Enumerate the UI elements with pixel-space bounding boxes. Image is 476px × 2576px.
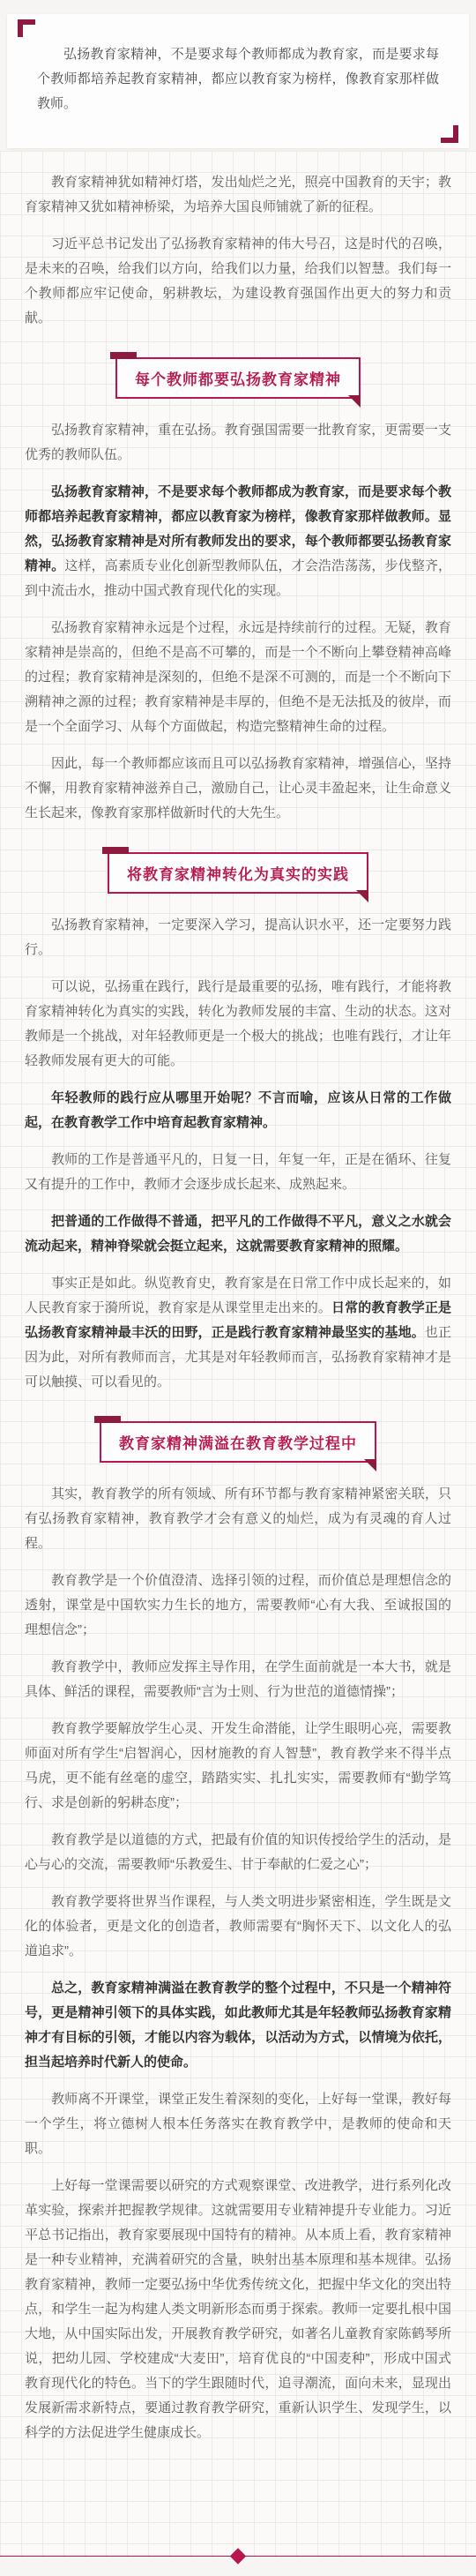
text-run: 可以说，弘扬重在践行，践行是最重要的弘扬，唯有践行，才能将教育家精神转化为真实的…: [25, 979, 451, 1068]
paragraph: 教师离不开课堂，课堂正发生着深刻的变化，上好每一堂课，教好每一个学生，将立德树人…: [25, 2087, 451, 2161]
text-run: 教育教学要解放学生心灵、开发生命潜能，让学生眼明心亮，需要教师面对所有学生“启智…: [25, 1721, 451, 1810]
bold-text-run: 总之，教育家精神满溢在教育教学的整个过程中，不只是一个精神符号，更是精神引领下的…: [25, 1981, 451, 2070]
paragraph: 弘扬教育家精神，不是要求每个教师都成为教育家，而是要求每个教师都培养起教育家精神…: [25, 480, 451, 603]
bold-text-run: 年轻教师的践行应从哪里开始呢？不言而喻，应该从日常的工作做起，在教育教学工作中培…: [25, 1090, 451, 1130]
section-3-title: 教育家精神满溢在教育教学过程中: [119, 1431, 357, 1453]
paragraph: 弘扬教育家精神永远是个过程，永远是持续前行的过程。无疑，教育家精神是崇高的，但绝…: [25, 616, 451, 739]
article-footer: [0, 2556, 476, 2576]
text-run: 其实，教育教学的所有领域、所有环节都与教育家精神紧密关联，只有弘扬教育家精神，教…: [25, 1486, 451, 1551]
paragraph: 年轻教师的践行应从哪里开始呢？不言而喻，应该从日常的工作做起，在教育教学工作中培…: [25, 1086, 451, 1135]
header-fold-corner-icon: [356, 890, 368, 902]
corner-bracket-bottom-right-icon: [441, 125, 458, 143]
paragraph: 可以说，弘扬重在践行，践行是最重要的弘扬，唯有践行，才能将教育家精神转化为真实的…: [25, 975, 451, 1074]
quote-section: 弘扬教育家精神，不是要求每个教师都成为教育家，而是要求每个教师都培养起教育家精神…: [0, 0, 476, 151]
paragraph: 弘扬教育家精神，重在弘扬。教育强国需要一批教育家，更需要一支优秀的教师队伍。: [25, 418, 451, 468]
text-run: 上好每一堂课需要以研究的方式观察课堂、改进教学，进行系列化改革实验，探索并把握教…: [25, 2178, 451, 2440]
paragraph: 教育教学要将世界当作课程，与人类文明进步紧密相连，学生既是文化的体验者，更是文化…: [25, 1890, 451, 1964]
paragraph: 上好每一堂课需要以研究的方式观察课堂、改进教学，进行系列化改革实验，探索并把握教…: [25, 2174, 451, 2445]
paragraph: 把普通的工作做得不普通，把平凡的工作做得不平凡，意义之水就会流动起来，精神脊梁就…: [25, 1209, 451, 1259]
text-run: 这样，高素质专业化创新型教师队伍，才会浩浩荡荡，步伐整齐，到中流击水，推动中国式…: [25, 558, 451, 598]
header-fold-corner-icon: [364, 1459, 376, 1471]
text-run: 教育教学中，教师应发挥主导作用，在学生面前就是一本大书，就是具体、鲜活的课程，需…: [25, 1659, 451, 1699]
text-run: 教育教学要将世界当作课程，与人类文明进步紧密相连，学生既是文化的体验者，更是文化…: [25, 1894, 451, 1958]
section-1-header: 每个教师都要弘扬教育家精神: [115, 357, 361, 399]
paragraph: 教师的工作是普通平凡的，日复一日，年复一年，正是在循环、往复又有提升的工作中，教…: [25, 1148, 451, 1197]
paragraph: 习近平总书记发出了弘扬教育家精神的伟大号召，这是时代的召唤，是未来的召唤，给我们…: [25, 232, 451, 331]
text-run: 教师的工作是普通平凡的，日复一日，年复一年，正是在循环、往复又有提升的工作中，教…: [25, 1152, 451, 1192]
paragraph: 总之，教育家精神满溢在教育教学的整个过程中，不只是一个精神符号，更是精神引领下的…: [25, 1976, 451, 2075]
paragraph: 弘扬教育家精神，一定要深入学习，提高认识水平，还一定要努力践行。: [25, 913, 451, 962]
paragraph: 教育教学是以道德的方式，把最有价值的知识传授给学生的活动，是心与心的交流，需要教…: [25, 1828, 451, 1877]
paragraph: 教育家精神犹如精神灯塔，发出灿烂之光，照亮中国教育的天宇；教育家精神又犹如精神桥…: [25, 170, 451, 220]
paragraph: 教育教学中，教师应发挥主导作用，在学生面前就是一本大书，就是具体、鲜活的课程，需…: [25, 1655, 451, 1704]
section-2-title: 将教育家精神转化为真实的实践: [127, 862, 349, 884]
quote-card: 弘扬教育家精神，不是要求每个教师都成为教育家，而是要求每个教师都培养起教育家精神…: [7, 14, 469, 148]
header-tab-decoration: [110, 352, 137, 359]
paragraph: 事实正是如此。纵览教育史，教育家是在日常工作中成长起来的，如人民教育家于漪所说，…: [25, 1271, 451, 1395]
section-2: 将教育家精神转化为真实的实践 弘扬教育家精神，一定要深入学习，提高认识水平，还一…: [25, 852, 451, 1395]
section-1-title: 每个教师都要弘扬教育家精神: [135, 367, 341, 389]
section-3-body: 其实，教育教学的所有领域、所有环节都与教育家精神紧密关联，只有弘扬教育家精神，教…: [25, 1482, 451, 2445]
text-run: 因此，每一个教师都应该而且可以弘扬教育家精神，增强信心，坚持不懈，用教育家精神滋…: [25, 756, 451, 820]
paragraph: 其实，教育教学的所有领域、所有环节都与教育家精神紧密关联，只有弘扬教育家精神，教…: [25, 1482, 451, 1556]
text-run: 教育教学是以道德的方式，把最有价值的知识传授给学生的活动，是心与心的交流，需要教…: [25, 1832, 451, 1872]
text-run: 弘扬教育家精神，一定要深入学习，提高认识水平，还一定要努力践行。: [25, 917, 451, 957]
article-page: 弘扬教育家精神，不是要求每个教师都成为教育家，而是要求每个教师都培养起教育家精神…: [0, 0, 476, 2576]
paragraph: 教育教学是一个价值澄清、选择引领的过程，而价值总是理想信念的透射，课堂是中国软实…: [25, 1569, 451, 1643]
paragraph: 因此，每一个教师都应该而且可以弘扬教育家精神，增强信心，坚持不懈，用教育家精神滋…: [25, 752, 451, 826]
header-fold-corner-icon: [348, 395, 361, 408]
section-2-body: 弘扬教育家精神，一定要深入学习，提高认识水平，还一定要努力践行。可以说，弘扬重在…: [25, 913, 451, 1395]
footer-divider: [0, 2556, 476, 2557]
section-1-body: 弘扬教育家精神，重在弘扬。教育强国需要一批教育家，更需要一支优秀的教师队伍。弘扬…: [25, 418, 451, 826]
corner-bracket-top-left-icon: [18, 19, 35, 37]
text-run: 教师离不开课堂，课堂正发生着深刻的变化，上好每一堂课，教好每一个学生，将立德树人…: [25, 2092, 451, 2156]
header-tab-decoration: [102, 847, 129, 854]
text-run: 弘扬教育家精神，重在弘扬。教育强国需要一批教育家，更需要一支优秀的教师队伍。: [25, 423, 451, 462]
text-run: 教育家精神犹如精神灯塔，发出灿烂之光，照亮中国教育的天宇；教育家精神又犹如精神桥…: [25, 175, 451, 214]
article-body: 教育家精神犹如精神灯塔，发出灿烂之光，照亮中国教育的天宇；教育家精神又犹如精神桥…: [0, 151, 476, 2556]
section-3-header: 教育家精神满溢在教育教学过程中: [100, 1421, 376, 1463]
section-3: 教育家精神满溢在教育教学过程中 其实，教育教学的所有领域、所有环节都与教育家精神…: [25, 1421, 451, 2445]
section-2-header: 将教育家精神转化为真实的实践: [108, 852, 368, 894]
section-1: 每个教师都要弘扬教育家精神 弘扬教育家精神，重在弘扬。教育强国需要一批教育家，更…: [25, 357, 451, 826]
text-run: 教育教学是一个价值澄清、选择引领的过程，而价值总是理想信念的透射，课堂是中国软实…: [25, 1573, 451, 1637]
paragraph: 教育教学要解放学生心灵、开发生命潜能，让学生眼明心亮，需要教师面对所有学生“启智…: [25, 1717, 451, 1816]
intro-paragraphs: 教育家精神犹如精神灯塔，发出灿烂之光，照亮中国教育的天宇；教育家精神又犹如精神桥…: [25, 170, 451, 331]
text-run: 弘扬教育家精神永远是个过程，永远是持续前行的过程。无疑，教育家精神是崇高的，但绝…: [25, 620, 451, 734]
header-tab-decoration: [94, 1416, 121, 1423]
quote-text: 弘扬教育家精神，不是要求每个教师都成为教育家，而是要求每个教师都培养起教育家精神…: [37, 42, 439, 116]
bold-text-run: 把普通的工作做得不普通，把平凡的工作做得不平凡，意义之水就会流动起来，精神脊梁就…: [25, 1214, 451, 1254]
text-run: 习近平总书记发出了弘扬教育家精神的伟大号召，这是时代的召唤，是未来的召唤，给我们…: [25, 236, 451, 326]
